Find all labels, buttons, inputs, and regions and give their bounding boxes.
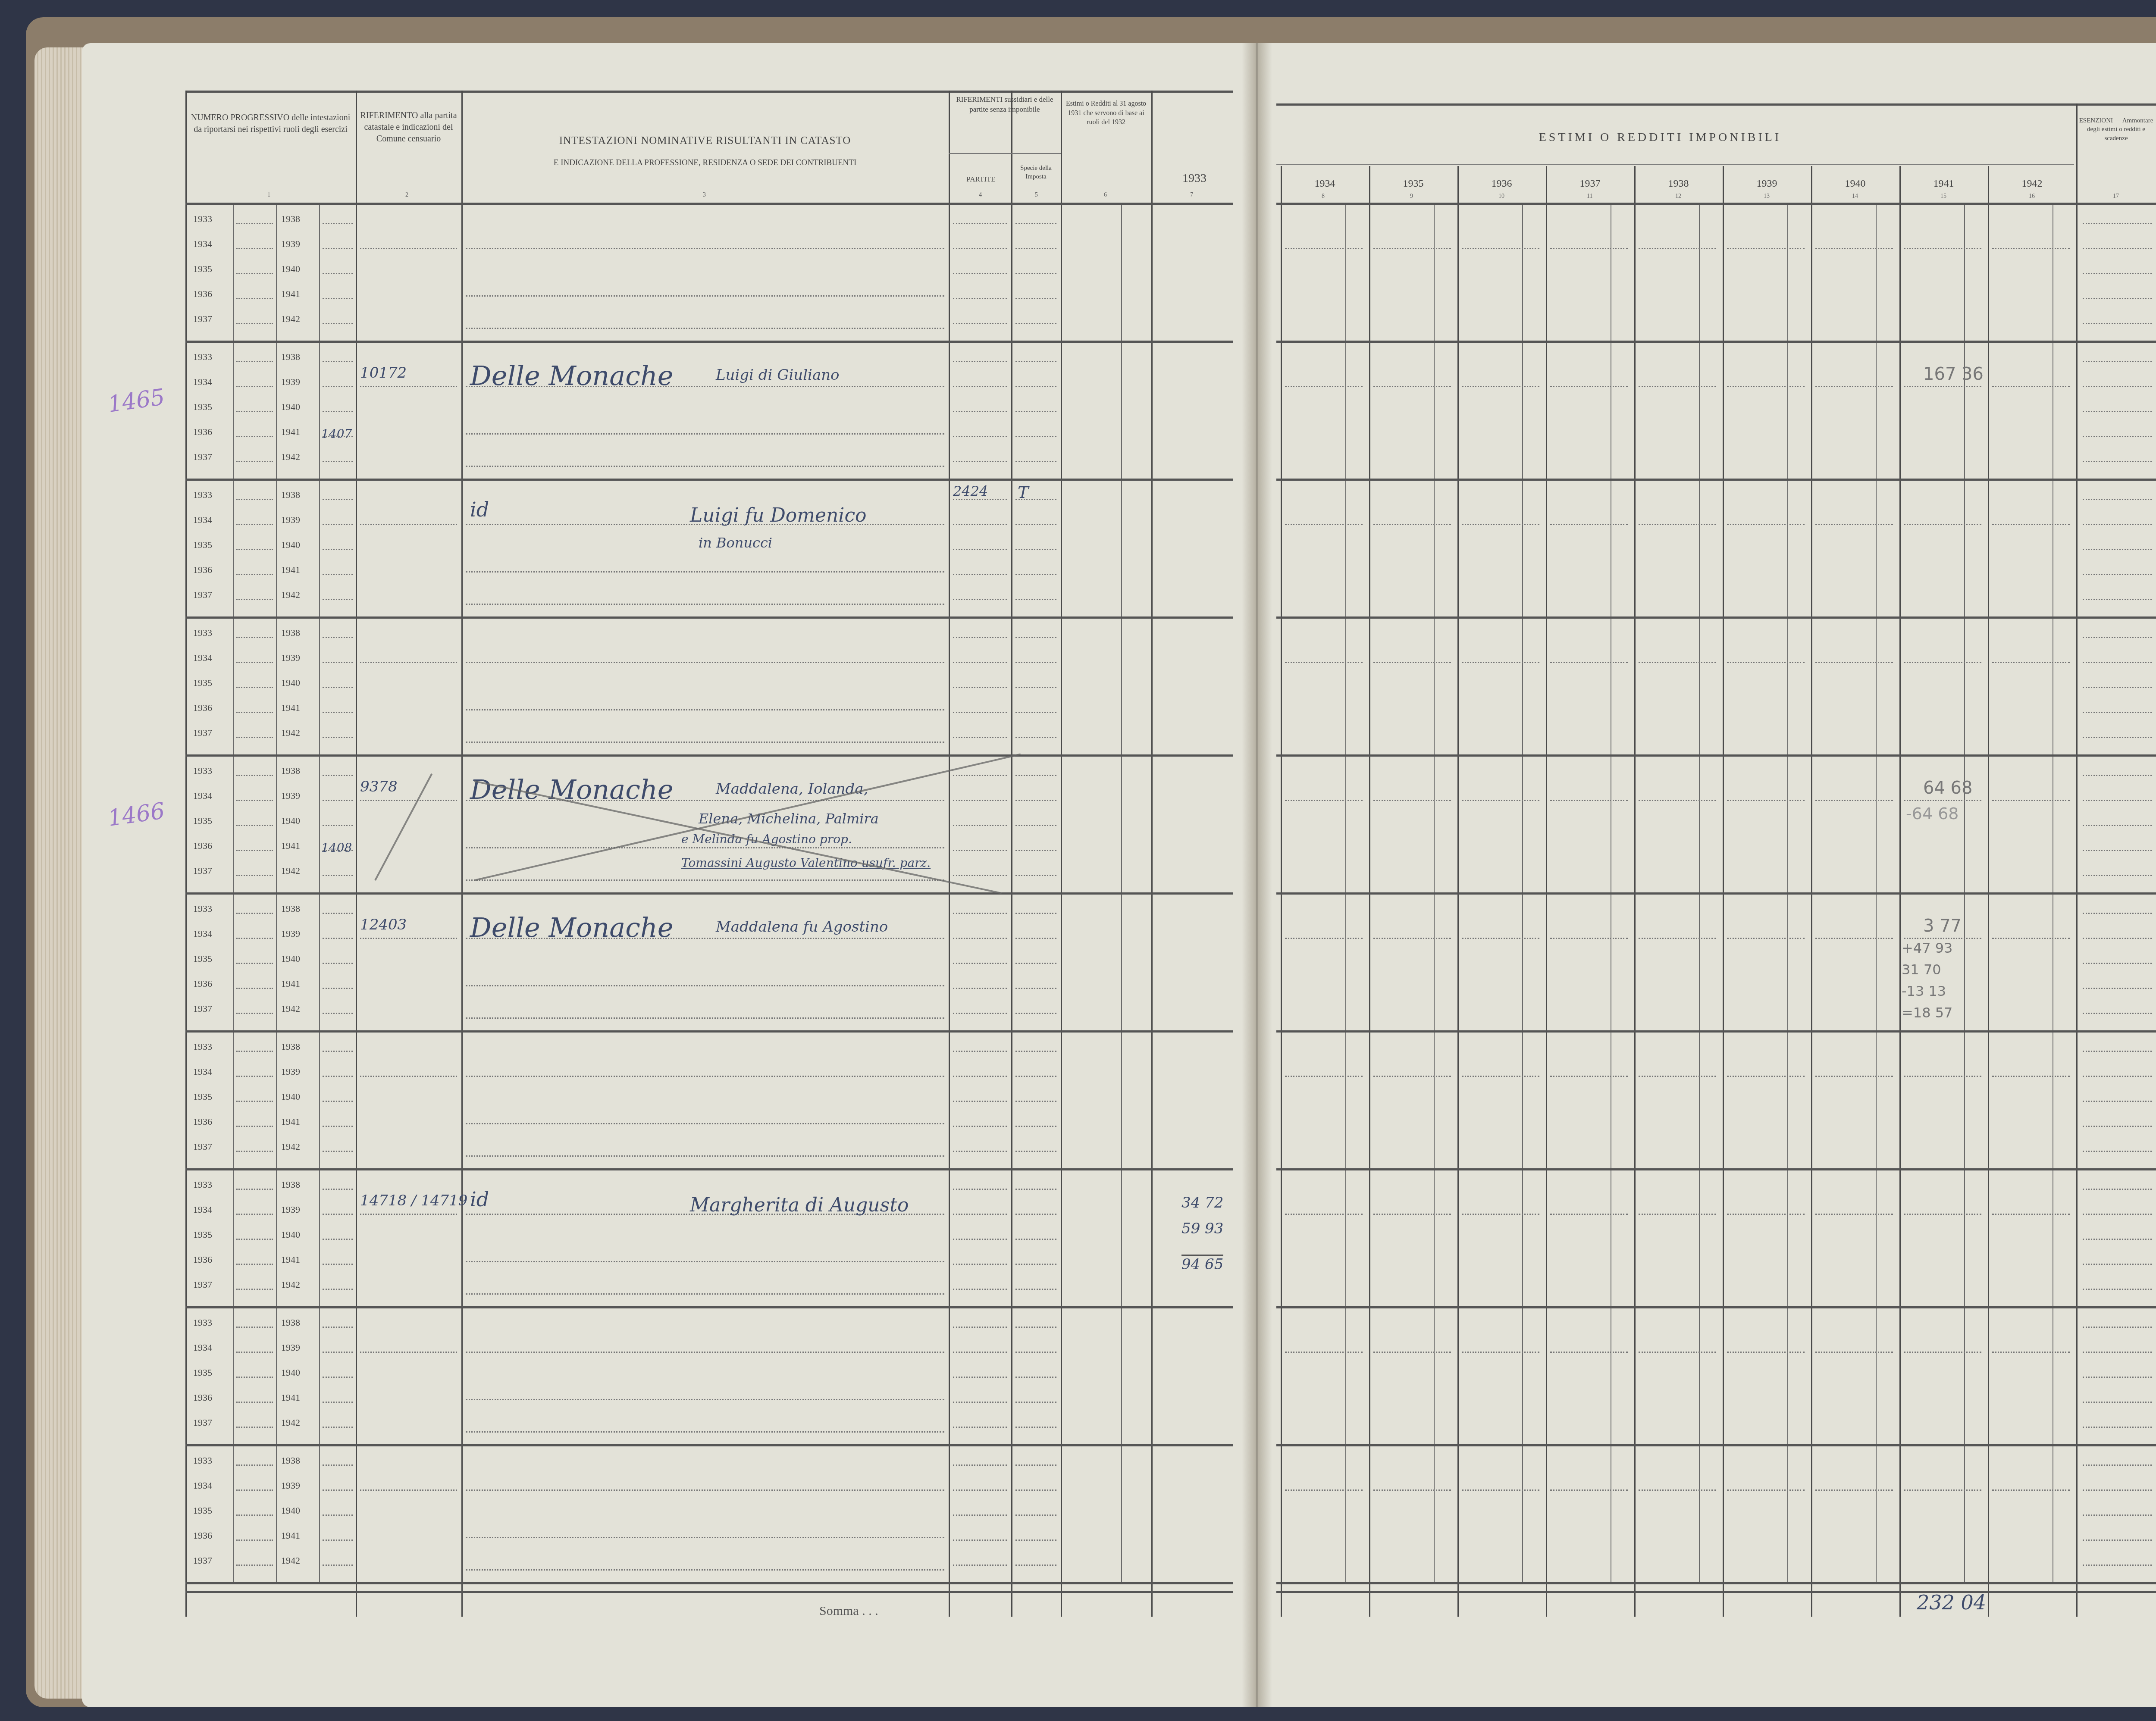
column-number: 17: [2113, 193, 2119, 200]
column-number: 6: [1104, 192, 1107, 199]
dotted-leader: [323, 574, 353, 575]
year-label: 1933: [193, 1041, 212, 1052]
dotted-leader: [1015, 1151, 1056, 1152]
value-ruling: [1639, 386, 1716, 387]
dotted-leader: [953, 361, 1007, 362]
dotted-leader: [323, 1464, 353, 1466]
value-ruling: [1550, 386, 1628, 387]
dotted-leader: [323, 1189, 353, 1190]
dotted-leader: [323, 298, 353, 299]
dotted-leader: [1015, 1489, 1056, 1491]
dotted-leader: [953, 248, 1007, 249]
dotted-leader: [323, 386, 353, 387]
year-label: 1941: [281, 702, 300, 713]
entry-separator: [185, 1306, 1233, 1308]
year-label: 1940: [281, 1367, 300, 1378]
year-label: 1933: [193, 627, 212, 638]
dotted-leader: [2083, 461, 2152, 462]
dotted-leader: [1015, 248, 1056, 249]
value-ruling: [1992, 524, 2070, 525]
value-ruling: [1992, 1352, 2070, 1353]
year-label: 1940: [281, 263, 300, 275]
value-ruling: [1462, 386, 1539, 387]
column-number: 5: [1035, 192, 1038, 199]
ref-ruling: [360, 248, 457, 249]
value-ruling: [1815, 800, 1893, 801]
year-label: 1934: [193, 376, 212, 388]
dotted-leader: [2083, 1377, 2152, 1378]
dotted-leader: [2083, 1239, 2152, 1240]
dotted-leader: [1015, 1189, 1056, 1190]
book-gutter: [1242, 43, 1272, 1707]
dotted-leader: [953, 223, 1007, 224]
year-label: 1941: [281, 426, 300, 438]
dotted-leader: [1015, 461, 1056, 462]
value-ruling: [1815, 1352, 1893, 1353]
entry-separator: [185, 754, 1233, 757]
value-ruling: [1639, 248, 1716, 249]
dotted-leader: [236, 1289, 273, 1290]
value-ruling: [1904, 386, 1981, 387]
header-numero-progressivo: NUMERO PROGRESSIVO delle intestazioni da…: [188, 112, 354, 135]
dotted-leader: [1015, 1051, 1056, 1052]
dotted-leader: [2083, 223, 2152, 224]
taxpayer-detail-line: Elena, Michelina, Palmira: [699, 810, 879, 827]
dotted-leader: [953, 687, 1007, 688]
year-label: 1938: [281, 213, 300, 225]
year-label: 1942: [281, 1555, 300, 1566]
name-ruling: [466, 1123, 944, 1124]
name-ruling: [466, 248, 944, 249]
value-ruling: [1815, 938, 1893, 939]
dotted-leader: [323, 775, 353, 776]
year-label: 1934: [193, 1066, 212, 1077]
value-1941: 64 68: [1923, 778, 1973, 798]
dotted-leader: [1015, 687, 1056, 688]
dotted-leader: [2083, 637, 2152, 638]
left-column-divider: [356, 91, 357, 1617]
name-ruling: [466, 433, 944, 435]
year-label: 1939: [281, 1342, 300, 1353]
dotted-leader: [1015, 850, 1056, 851]
year-label: 1935: [193, 953, 212, 964]
value-ruling: [1639, 524, 1716, 525]
year-label: 1940: [281, 1505, 300, 1516]
dotted-leader: [2083, 1101, 2152, 1102]
year-label: 1940: [281, 677, 300, 688]
esenzioni-divider: [2076, 103, 2078, 1617]
taxpayer-detail-line: Tomassini Augusto Valentino usufr. parz.: [681, 856, 931, 870]
header-estimi-imponibili: ESTIMI O REDDITI IMPONIBILI: [1337, 129, 1984, 146]
value-ruling: [1285, 800, 1363, 801]
value-ruling: [1727, 1489, 1805, 1491]
year-label: 1939: [281, 238, 300, 250]
dotted-leader: [1015, 737, 1056, 738]
name-ruling: [466, 985, 944, 986]
ref-ruling: [360, 1214, 457, 1215]
year-label: 1942: [281, 1141, 300, 1152]
dotted-leader: [953, 1289, 1007, 1290]
value-ruling: [1727, 1352, 1805, 1353]
left-frame-line: [185, 91, 187, 1617]
dotted-leader: [323, 248, 353, 249]
dotted-leader: [236, 411, 273, 412]
header-year-1936: 1936: [1457, 177, 1546, 191]
column-number: 16: [2029, 193, 2035, 200]
taxpayer-given-names: Luigi fu Domenico: [690, 504, 867, 526]
year-label: 1937: [193, 1279, 212, 1290]
dotted-leader: [236, 687, 273, 688]
year-label: 1935: [193, 1367, 212, 1378]
taxpayer-given-names: Maddalena fu Agostino: [716, 918, 888, 936]
dotted-leader: [323, 599, 353, 600]
dotted-leader: [953, 1214, 1007, 1215]
dotted-leader: [1015, 1126, 1056, 1127]
dotted-leader: [953, 800, 1007, 801]
header-riferimenti-sussidiari: RIFERIMENTI sussidiari e delle partite s…: [951, 95, 1059, 115]
dotted-leader: [2083, 875, 2152, 876]
dotted-leader: [1015, 1377, 1056, 1378]
dotted-leader: [323, 825, 353, 826]
value-ruling: [1285, 1489, 1363, 1491]
year-label: 1934: [193, 514, 212, 526]
dotted-leader: [2083, 963, 2152, 964]
entry-separator: [185, 479, 1233, 481]
year-label: 1936: [193, 288, 212, 300]
dotted-leader: [236, 1402, 273, 1403]
dotted-leader: [953, 938, 1007, 939]
dotted-leader: [323, 800, 353, 801]
value-ruling: [1727, 386, 1805, 387]
dotted-leader: [1015, 875, 1056, 876]
left-column-divider: [1061, 91, 1062, 1617]
name-ruling: [466, 1076, 944, 1077]
dotted-leader: [1015, 1427, 1056, 1428]
taxpayer-surname: id: [470, 1188, 489, 1211]
name-ruling: [466, 1293, 944, 1295]
value-1933: 34 72: [1181, 1194, 1223, 1211]
left-page-edges: [34, 47, 86, 1699]
dotted-leader: [236, 1327, 273, 1328]
dotted-leader: [953, 298, 1007, 299]
dotted-leader: [2083, 662, 2152, 663]
year-label: 1934: [193, 1342, 212, 1353]
dotted-leader: [236, 775, 273, 776]
dotted-leader: [2083, 737, 2152, 738]
name-ruling: [466, 604, 944, 605]
dotted-leader: [953, 273, 1007, 274]
dotted-leader: [2083, 913, 2152, 914]
header-estimi-1931: Estimi o Redditi al 31 agosto 1931 che s…: [1063, 99, 1149, 127]
value-ruling: [1373, 662, 1451, 663]
left-top-rule: [185, 91, 1233, 93]
dotted-leader: [2083, 1189, 2152, 1190]
year-label: 1935: [193, 815, 212, 826]
dotted-leader: [1015, 524, 1056, 525]
dotted-leader: [2083, 574, 2152, 575]
value-ruling: [1550, 800, 1628, 801]
year-column-divider: [1369, 166, 1370, 1617]
year-label: 1937: [193, 865, 212, 876]
dotted-leader: [236, 1427, 273, 1428]
dotted-leader: [2083, 1540, 2152, 1541]
header-esenzioni: ESENZIONI — Ammontare degli estimi o red…: [2078, 116, 2154, 143]
ref-ruling: [360, 386, 457, 387]
column-number: 15: [1940, 193, 1946, 200]
column-number: 9: [1410, 193, 1413, 200]
value-ruling: [1550, 1489, 1628, 1491]
value-ruling: [1285, 248, 1363, 249]
dotted-leader: [953, 1151, 1007, 1152]
dotted-leader: [1015, 938, 1056, 939]
year-label: 1938: [281, 1041, 300, 1052]
year-column-divider: [1634, 166, 1636, 1617]
year-label: 1933: [193, 489, 212, 501]
year-label: 1942: [281, 727, 300, 738]
column-number: 4: [979, 192, 982, 199]
dotted-leader: [323, 499, 353, 500]
value-ruling: [1550, 248, 1628, 249]
dotted-leader: [2083, 386, 2152, 387]
year-label: 1941: [281, 840, 300, 851]
dotted-leader: [2083, 775, 2152, 776]
riferimenti-subrule: [949, 153, 1061, 154]
column-number: 10: [1498, 193, 1504, 200]
years-subrule: [1276, 164, 2074, 165]
dotted-leader: [323, 1489, 353, 1491]
dotted-leader: [323, 411, 353, 412]
dotted-leader: [323, 687, 353, 688]
dotted-leader: [323, 549, 353, 550]
value-ruling: [1904, 1076, 1981, 1077]
dotted-leader: [323, 524, 353, 525]
name-ruling: [466, 1155, 944, 1157]
dotted-leader: [953, 1514, 1007, 1516]
dotted-leader: [1015, 1013, 1056, 1014]
dotted-leader: [1015, 1239, 1056, 1240]
year-label: 1935: [193, 263, 212, 275]
value-ruling: [1373, 386, 1451, 387]
dotted-leader: [2083, 599, 2152, 600]
value-1933-additional: 59 93: [1181, 1220, 1223, 1237]
dotted-leader: [236, 599, 273, 600]
value-1941-cancellation: -64 68: [1906, 804, 1959, 823]
dotted-leader: [1015, 1289, 1056, 1290]
value-ruling: [1462, 1214, 1539, 1215]
somma-1941-value: 232 04: [1917, 1591, 1986, 1614]
value-ruling: [1639, 1076, 1716, 1077]
dotted-leader: [953, 712, 1007, 713]
somma-rule: [1276, 1591, 2156, 1593]
year-label: 1936: [193, 1254, 212, 1265]
value-ruling: [1639, 1352, 1716, 1353]
dotted-leader: [953, 825, 1007, 826]
dotted-leader: [2083, 1289, 2152, 1290]
value-ruling: [1462, 248, 1539, 249]
value-ruling: [1992, 248, 2070, 249]
value-ruling: [1462, 1076, 1539, 1077]
value-ruling: [1904, 1489, 1981, 1491]
dotted-leader: [1015, 1464, 1056, 1466]
ref-ruling: [360, 1352, 457, 1353]
ref-ruling: [360, 1076, 457, 1077]
name-ruling: [466, 1352, 944, 1353]
dotted-leader: [1015, 1402, 1056, 1403]
dotted-leader: [1015, 1264, 1056, 1265]
value-ruling: [1285, 662, 1363, 663]
value-ruling: [1550, 662, 1628, 663]
dotted-leader: [1015, 574, 1056, 575]
dotted-leader: [953, 574, 1007, 575]
year-column-divider: [1811, 166, 1812, 1617]
column-number: 11: [1587, 193, 1592, 200]
partita-reference: 14718 / 14719: [360, 1192, 467, 1209]
year-label: 1936: [193, 840, 212, 851]
dotted-leader: [953, 737, 1007, 738]
left-column-divider: [949, 91, 950, 1617]
dotted-leader: [1015, 712, 1056, 713]
dotted-leader: [323, 461, 353, 462]
dotted-leader: [2083, 988, 2152, 989]
year-label: 1942: [281, 589, 300, 601]
dotted-leader: [323, 323, 353, 324]
dotted-leader: [236, 913, 273, 914]
dotted-leader: [2083, 1214, 2152, 1215]
header-intestazioni-subtitle: E INDICAZIONE DELLA PROFESSIONE, RESIDEN…: [466, 157, 944, 169]
dotted-leader: [953, 436, 1007, 437]
year-label: 1941: [281, 1116, 300, 1127]
dotted-leader: [1015, 223, 1056, 224]
value-ruling: [1373, 1214, 1451, 1215]
year-label: 1938: [281, 627, 300, 638]
partita-reference: 12403: [360, 916, 407, 933]
left-header-rule: [185, 203, 1233, 205]
dotted-leader: [953, 461, 1007, 462]
dotted-leader: [953, 1239, 1007, 1240]
dotted-leader: [953, 1126, 1007, 1127]
entry-separator: [1276, 616, 2156, 619]
dotted-leader: [1015, 1214, 1056, 1215]
dotted-leader: [236, 1126, 273, 1127]
year-label: 1940: [281, 953, 300, 964]
value-1941-calculation: =18 57: [1902, 1004, 1952, 1021]
dotted-leader: [323, 1427, 353, 1428]
taxpayer-given-names: Margherita di Augusto: [690, 1194, 909, 1216]
year-label: 1934: [193, 1480, 212, 1491]
header-riferimento-partita: RIFERIMENTO alla partita catastale e ind…: [358, 110, 459, 145]
name-ruling: [466, 742, 944, 743]
value-1941-calculation: -13 13: [1902, 983, 1946, 999]
dotted-leader: [323, 1151, 353, 1152]
dotted-leader: [323, 1377, 353, 1378]
dotted-leader: [953, 1189, 1007, 1190]
dotted-leader: [953, 913, 1007, 914]
name-ruling: [466, 709, 944, 710]
value-ruling: [1285, 386, 1363, 387]
header-year-1942: 1942: [1988, 177, 2076, 191]
value-ruling: [1639, 1214, 1716, 1215]
dotted-leader: [2083, 850, 2152, 851]
year-label: 1933: [193, 765, 212, 776]
dotted-leader: [1015, 1076, 1056, 1077]
year-label: 1939: [281, 928, 300, 939]
name-ruling: [466, 847, 944, 848]
left-column-divider: [1151, 91, 1153, 1617]
year-label: 1937: [193, 451, 212, 463]
value-ruling: [1904, 248, 1981, 249]
dotted-leader: [236, 361, 273, 362]
somma-rule: [185, 1591, 1233, 1593]
year-label: 1939: [281, 1066, 300, 1077]
entry-separator: [185, 1582, 1233, 1584]
dotted-leader: [953, 1327, 1007, 1328]
value-ruling: [1550, 1214, 1628, 1215]
value-ruling: [1904, 524, 1981, 525]
dotted-leader: [236, 1377, 273, 1378]
value-ruling: [1462, 1489, 1539, 1491]
year-label: 1939: [281, 652, 300, 663]
value-ruling: [1992, 1214, 2070, 1215]
entry-separator: [1276, 1030, 2156, 1033]
year-label: 1937: [193, 1003, 212, 1014]
year-label: 1937: [193, 313, 212, 325]
taxpayer-surname: Delle Monache: [470, 360, 674, 391]
taxpayer-detail-line: in Bonucci: [699, 535, 772, 551]
column-number: 13: [1764, 193, 1770, 200]
dotted-leader: [2083, 549, 2152, 550]
entry-separator: [185, 1444, 1233, 1446]
dotted-leader: [236, 273, 273, 274]
column-number: 2: [405, 192, 408, 199]
right-top-rule: [1276, 103, 2156, 106]
dotted-leader: [953, 850, 1007, 851]
dotted-leader: [323, 737, 353, 738]
dotted-leader: [236, 436, 273, 437]
dotted-leader: [236, 386, 273, 387]
header-year-1938: 1938: [1634, 177, 1723, 191]
dotted-leader: [1015, 1514, 1056, 1516]
dotted-leader: [2083, 1489, 2152, 1491]
dotted-leader: [953, 524, 1007, 525]
year-label: 1936: [193, 564, 212, 576]
value-ruling: [1550, 1352, 1628, 1353]
year-label: 1934: [193, 238, 212, 250]
column-number: 14: [1852, 193, 1858, 200]
value-ruling: [1904, 938, 1981, 939]
year-label: 1942: [281, 313, 300, 325]
year-label: 1936: [193, 1530, 212, 1541]
header-year-1937: 1937: [1546, 177, 1634, 191]
value-ruling: [1285, 938, 1363, 939]
dotted-leader: [2083, 1076, 2152, 1077]
value-ruling: [1727, 662, 1805, 663]
dotted-leader: [323, 712, 353, 713]
year-label: 1938: [281, 489, 300, 501]
year-label: 1934: [193, 1204, 212, 1215]
value-ruling: [1815, 1076, 1893, 1077]
dotted-leader: [953, 637, 1007, 638]
dotted-leader: [1015, 549, 1056, 550]
dotted-leader: [2083, 1126, 2152, 1127]
dotted-leader: [2083, 273, 2152, 274]
dotted-leader: [2083, 1051, 2152, 1052]
dotted-leader: [2083, 1514, 2152, 1516]
dotted-leader: [953, 1101, 1007, 1102]
year-label: 1941: [281, 1392, 300, 1403]
dotted-leader: [323, 1126, 353, 1127]
year-label: 1941: [281, 1530, 300, 1541]
name-ruling: [466, 662, 944, 663]
